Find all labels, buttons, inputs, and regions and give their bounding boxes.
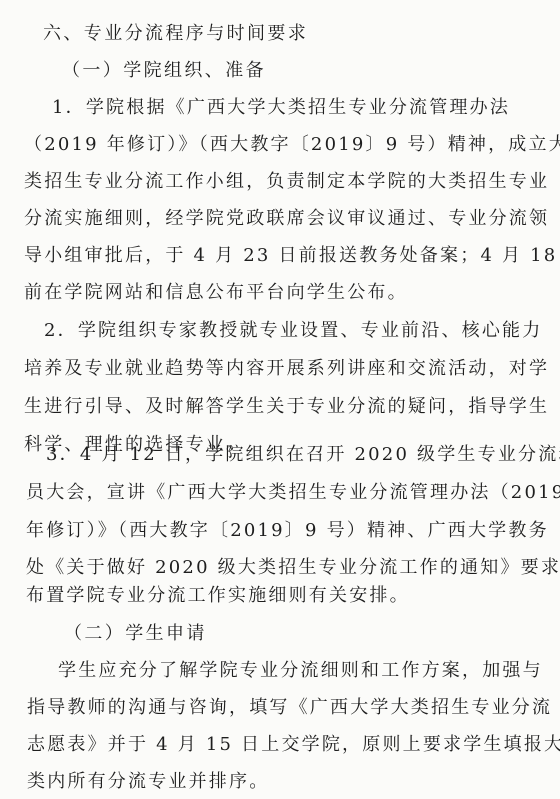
section-heading: 六、专业分流程序与时间要求	[43, 23, 308, 45]
paragraph-line: 前在学院网站和信息公布平台向学生公布。	[24, 282, 408, 304]
paragraph-line: 2．学院组织专家教授就专业设置、专业前沿、核心能力	[44, 320, 542, 342]
paragraph-line: 处《关于做好 2020 级大类招生专业分流工作的通知》要求，	[26, 557, 560, 579]
paragraph-line: 培养及专业就业趋势等内容开展系列讲座和交流活动，对学	[24, 358, 549, 380]
paragraph-line: 类招生专业分流工作小组，负责制定本学院的大类招生专业	[24, 171, 549, 193]
paragraph-line: 布置学院专业分流工作实施细则有关安排。	[26, 585, 410, 607]
paragraph-line: 生进行引导、及时解答学生关于专业分流的疑问，指导学生	[24, 396, 549, 418]
document-page: 六、专业分流程序与时间要求 （一）学院组织、准备 1．学院根据《广西大学大类招生…	[0, 0, 560, 799]
paragraph-line: 员大会，宣讲《广西大学大类招生专业分流管理办法（2019	[26, 482, 560, 504]
subsection-heading-1: （一）学院组织、准备	[62, 60, 266, 82]
paragraph-line: 1．学院根据《广西大学大类招生专业分流管理办法	[52, 97, 510, 119]
paragraph-line: 学生应充分了解学院专业分流细则和工作方案，加强与	[58, 660, 543, 682]
paragraph-line: 志愿表》并于 4 月 15 日上交学院，原则上要求学生填报大	[27, 734, 560, 756]
paragraph-line: 类内所有分流专业并排序。	[27, 771, 269, 793]
paragraph-line: 3．4 月 12 日，学院组织在召开 2020 级学生专业分流动	[46, 444, 560, 466]
paragraph-line: （2019 年修订）》（西大教字〔2019〕9 号）精神，成立大	[24, 134, 560, 156]
paragraph-line: 分流实施细则，经学院党政联席会议审议通过、专业分流领	[24, 208, 549, 230]
paragraph-line: 导小组审批后，于 4 月 23 日前报送教务处备案；4 月 18 日	[24, 245, 560, 267]
paragraph-line: 年修订）》（西大教字〔2019〕9 号）精神、广西大学教务	[26, 520, 549, 542]
subsection-heading-2: （二）学生申请	[64, 623, 207, 645]
paragraph-line: 指导教师的沟通与咨询，填写《广西大学大类招生专业分流	[27, 697, 552, 719]
